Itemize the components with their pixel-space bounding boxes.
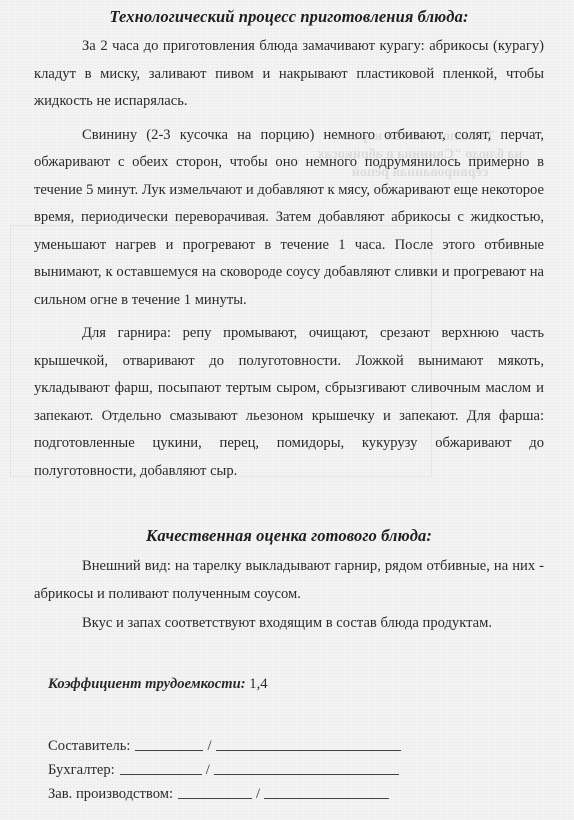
- signature-label: Бухгалтер:: [48, 762, 115, 779]
- paragraph-appearance: Внешний вид: на тарелку выкладывают гарн…: [34, 553, 544, 608]
- paragraph-taste: Вкус и запах соответствуют входящим в со…: [34, 610, 544, 638]
- name-line: [216, 736, 401, 751]
- signature-line: [135, 736, 203, 751]
- section-heading-process: Технологический процесс приготовления бл…: [34, 6, 544, 28]
- coefficient-label: Коэффициент трудоемкости:: [48, 676, 246, 692]
- name-line: [214, 760, 399, 775]
- name-line: [264, 784, 389, 799]
- signature-row-production-head: Зав. производством: /: [48, 779, 544, 803]
- signature-slash: /: [207, 738, 211, 755]
- paragraph-garnish: Для гарнира: репу промывают, очищают, ср…: [34, 320, 544, 485]
- section-heading-quality: Качественная оценка готового блюда:: [34, 525, 544, 547]
- signature-row-accountant: Бухгалтер: /: [48, 755, 544, 779]
- signature-slash: /: [206, 762, 210, 779]
- document-body: Технологический процесс приготовления бл…: [34, 6, 544, 803]
- paragraph-soaking: За 2 часа до приготовления блюда замачив…: [34, 33, 544, 116]
- coefficient-value: 1,4: [249, 676, 267, 692]
- signature-line: [178, 784, 252, 799]
- signature-label: Зав. производством:: [48, 786, 173, 803]
- signature-line: [120, 760, 202, 775]
- signature-slash: /: [256, 786, 260, 803]
- signature-label: Составитель:: [48, 738, 130, 755]
- labor-coefficient: Коэффициент трудоемкости: 1,4: [48, 674, 544, 694]
- signature-row-compiler: Составитель: /: [48, 731, 544, 755]
- paragraph-pork: Свинину (2-3 кусочка на порцию) немного …: [34, 122, 544, 315]
- signature-block: Составитель: / Бухгалтер: / Зав. произво…: [48, 731, 544, 803]
- scanned-page: Технологическая карта на блюдо "Свинина …: [0, 0, 574, 820]
